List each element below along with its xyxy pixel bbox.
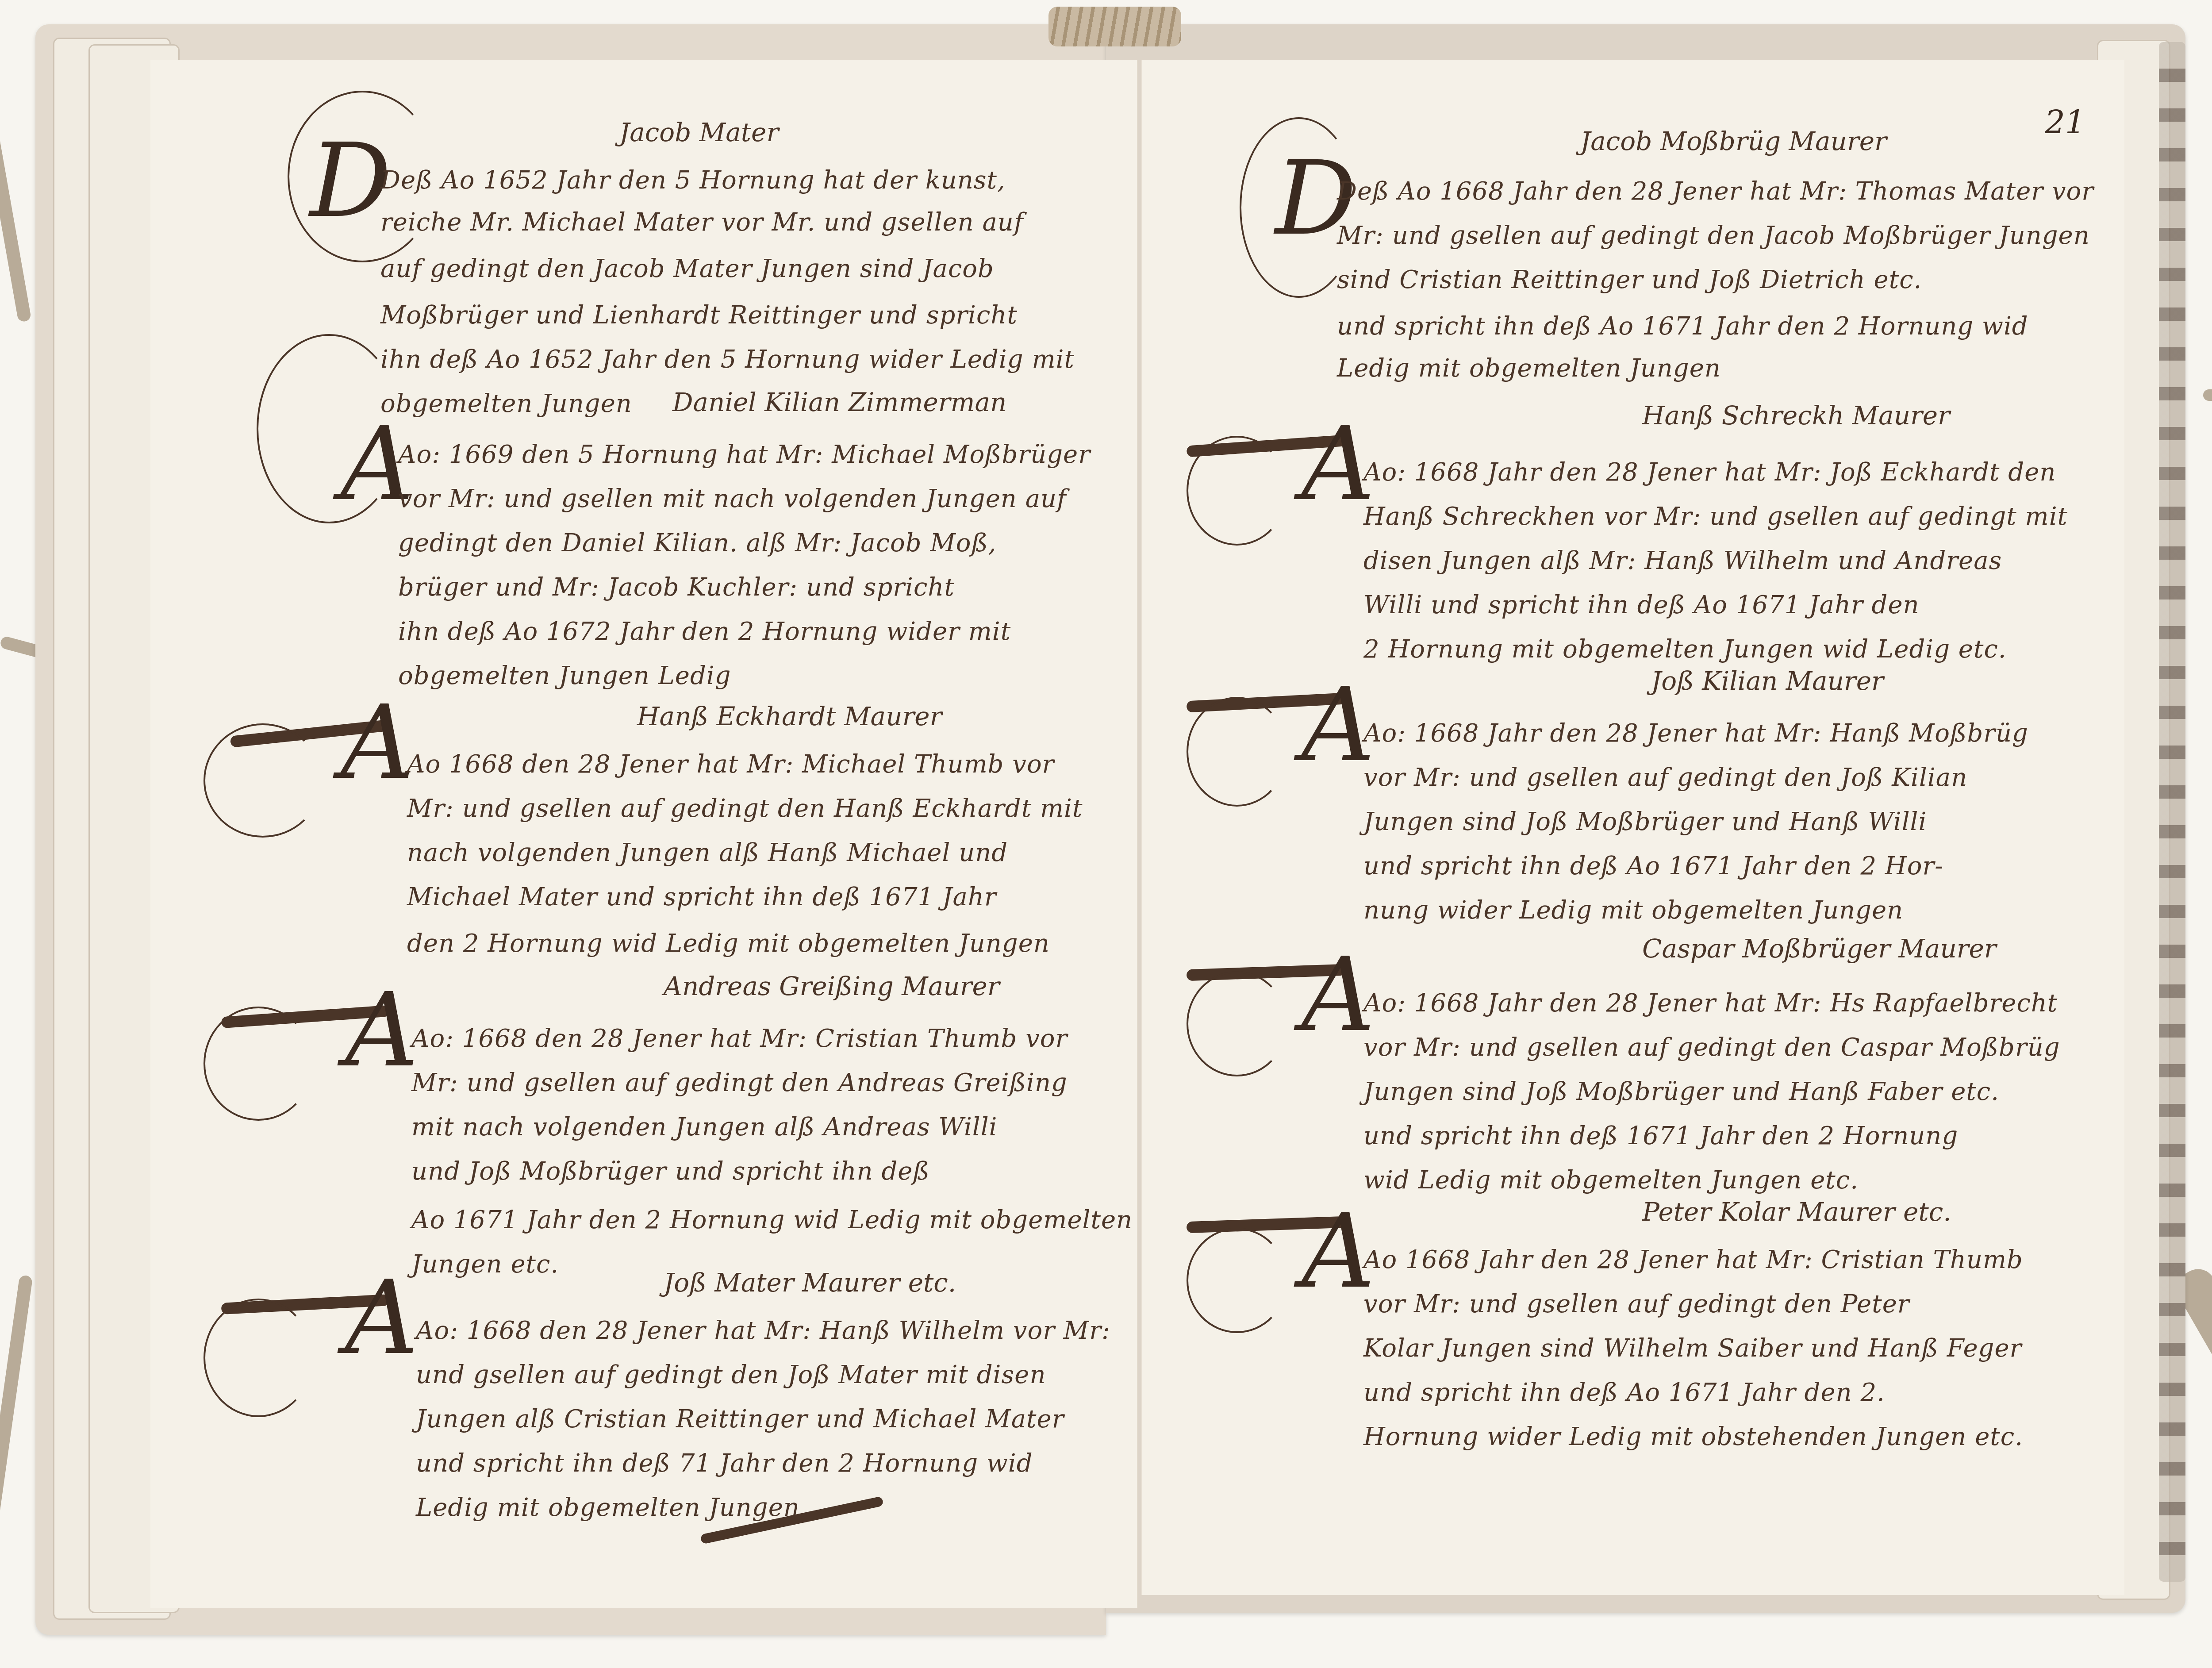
text-line: Ao: 1668 Jahr den 28 Jener hat Mr: Hanß …: [1363, 719, 2028, 748]
text-line: Kolar Jungen sind Wilhelm Saiber und Han…: [1363, 1334, 2022, 1363]
text-line: vor Mr: und gsellen auf gedingt den Pete…: [1363, 1290, 1910, 1318]
initial-flourish: [1187, 1228, 1287, 1333]
text-line: Hornung wider Ledig mit obstehenden Jung…: [1363, 1422, 2023, 1451]
text-line: Ao: 1668 Jahr den 28 Jener hat Mr: Joß E…: [1363, 458, 2056, 487]
text-line: nung wider Ledig mit obgemelten Jungen: [1363, 896, 1903, 925]
text-line: mit nach volgenden Jungen alß Andreas Wi…: [411, 1113, 998, 1141]
open-book: Jacob Mater D Deß Ao 1652 Jahr den 5 Hor…: [35, 24, 2203, 1644]
text-line: disen Jungen alß Mr: Hanß Wilhelm und An…: [1363, 546, 2002, 575]
entry-heading: Hanß Schreckh Maurer: [1642, 400, 1950, 430]
entry-heading: Jacob Moßbrüg Maurer: [1580, 126, 1887, 156]
text-line: reiche Mr. Michael Mater vor Mr. und gse…: [380, 208, 1024, 237]
text-line: Jungen sind Joß Moßbrüger und Hanß Faber…: [1363, 1077, 1999, 1106]
text-line: auf gedingt den Jacob Mater Jungen sind …: [380, 254, 994, 283]
text-line: Ao 1668 den 28 Jener hat Mr: Michael Thu…: [407, 750, 1054, 779]
text-line: Mr: und gsellen auf gedingt den Hanß Eck…: [407, 794, 1083, 823]
text-line: Ledig mit obgemelten Jungen: [416, 1493, 800, 1522]
text-line: nach volgenden Jungen alß Hanß Michael u…: [407, 838, 1008, 867]
text-line: Deß Ao 1652 Jahr den 5 Hornung hat der k…: [380, 166, 1006, 195]
entry-heading: Andreas Greißing Maurer: [664, 971, 999, 1001]
entry-heading: Joß Mater Maurer etc.: [664, 1268, 956, 1298]
right-page: 21 Jacob Moßbrüg Maurer D Deß Ao 1668 Ja…: [1141, 60, 2124, 1595]
decorated-initial: A: [341, 692, 414, 794]
text-line: und spricht ihn deß Ao 1671 Jahr den 2 H…: [1337, 312, 2028, 341]
text-line: und spricht ihn deß 1671 Jahr den 2 Horn…: [1363, 1122, 1958, 1150]
text-line: wid Ledig mit obgemelten Jungen etc.: [1363, 1166, 1859, 1195]
initial-flourish: [1187, 436, 1287, 546]
text-line: Ao 1671 Jahr den 2 Hornung wid Ledig mit…: [411, 1206, 1133, 1234]
text-line: ihn deß Ao 1652 Jahr den 5 Hornung wider…: [380, 345, 1075, 374]
initial-flourish: [1187, 971, 1287, 1076]
page-number: 21: [2045, 104, 2085, 141]
entry-heading: Caspar Moßbrüger Maurer: [1642, 934, 1997, 964]
text-line: vor Mr: und gsellen auf gedingt den Casp…: [1363, 1033, 2060, 1062]
text-line: und spricht ihn deß Ao 1671 Jahr den 2.: [1363, 1378, 1885, 1407]
initial-flourish: [204, 1299, 313, 1417]
text-line: brüger und Mr: Jacob Kuchler: und sprich…: [398, 573, 955, 602]
text-line: Ao: 1668 den 28 Jener hat Mr: Cristian T…: [411, 1024, 1068, 1053]
text-line: und spricht ihn deß 71 Jahr den 2 Hornun…: [416, 1449, 1033, 1478]
text-line: Mr: und gsellen auf gedingt den Andreas …: [411, 1068, 1068, 1097]
text-line: Ao: 1668 den 28 Jener hat Mr: Hanß Wilhe…: [416, 1316, 1110, 1345]
text-line: ihn deß Ao 1672 Jahr den 2 Hornung wider…: [398, 617, 1011, 646]
entry-heading: Hanß Eckhardt Maurer: [637, 701, 942, 731]
decorated-initial: D: [310, 131, 391, 232]
left-page: Jacob Mater D Deß Ao 1652 Jahr den 5 Hor…: [150, 60, 1138, 1608]
text-line: Michael Mater und spricht ihn deß 1671 J…: [407, 883, 997, 911]
text-line: Ao: 1669 den 5 Hornung hat Mr: Michael M…: [398, 440, 1091, 469]
text-line: vor Mr: und gsellen auf gedingt den Joß …: [1363, 763, 1967, 792]
text-line: Ao 1668 Jahr den 28 Jener hat Mr: Cristi…: [1363, 1245, 2023, 1274]
fore-edge-markings: [2159, 42, 2185, 1582]
text-line: Jungen alß Cristian Reittinger und Micha…: [416, 1405, 1064, 1434]
text-line: Ledig mit obgemelten Jungen: [1337, 354, 1721, 383]
binding-string-left-bottom: [0, 1275, 33, 1557]
text-line: und spricht ihn deß Ao 1671 Jahr den 2 H…: [1363, 852, 1943, 880]
binding-string-left-top: [0, 111, 31, 323]
decorated-initial: A: [345, 980, 419, 1082]
initial-flourish: [204, 1007, 313, 1121]
text-line: 2 Hornung mit obgemelten Jungen wid Ledi…: [1363, 635, 2007, 664]
initial-flourish: [1187, 697, 1287, 807]
text-line: Jungen sind Joß Moßbrüger und Hanß Willi: [1363, 807, 1927, 836]
entry-heading: Peter Kolar Maurer etc.: [1642, 1197, 1951, 1227]
text-line: Willi und spricht ihn deß Ao 1671 Jahr d…: [1363, 591, 1920, 619]
entry-heading: Jacob Mater: [619, 117, 779, 147]
decorated-initial: A: [345, 1268, 419, 1369]
text-line: obgemelten Jungen: [380, 389, 632, 418]
spine-stitching: [1048, 7, 1181, 46]
entry-heading: Daniel Kilian Zimmerman: [672, 387, 1006, 417]
initial-flourish: [204, 723, 322, 838]
text-line: Ao: 1668 Jahr den 28 Jener hat Mr: Hs Ra…: [1363, 989, 2058, 1018]
text-line: obgemelten Jungen Ledig: [398, 661, 731, 690]
binding-string-right-top: [2203, 389, 2212, 401]
entry-heading: Joß Kilian Maurer: [1651, 666, 1884, 696]
text-line: Moßbrüger und Lienhardt Reittinger und s…: [380, 301, 1018, 330]
text-line: Deß Ao 1668 Jahr den 28 Jener hat Mr: Th…: [1337, 177, 2094, 206]
text-line: Jungen etc.: [411, 1250, 559, 1279]
text-line: Mr: und gsellen auf gedingt den Jacob Mo…: [1337, 221, 2090, 250]
text-line: den 2 Hornung wid Ledig mit obgemelten J…: [407, 929, 1050, 958]
text-line: und gsellen auf gedingt den Joß Mater mi…: [416, 1361, 1046, 1389]
text-line: sind Cristian Reittinger und Joß Dietric…: [1337, 265, 1922, 294]
text-line: Hanß Schreckhen vor Mr: und gsellen auf …: [1363, 502, 2068, 531]
text-line: gedingt den Daniel Kilian. alß Mr: Jacob…: [398, 529, 997, 557]
text-line: vor Mr: und gsellen mit nach volgenden J…: [398, 484, 1067, 513]
text-line: und Joß Moßbrüger und spricht ihn deß: [411, 1157, 930, 1186]
